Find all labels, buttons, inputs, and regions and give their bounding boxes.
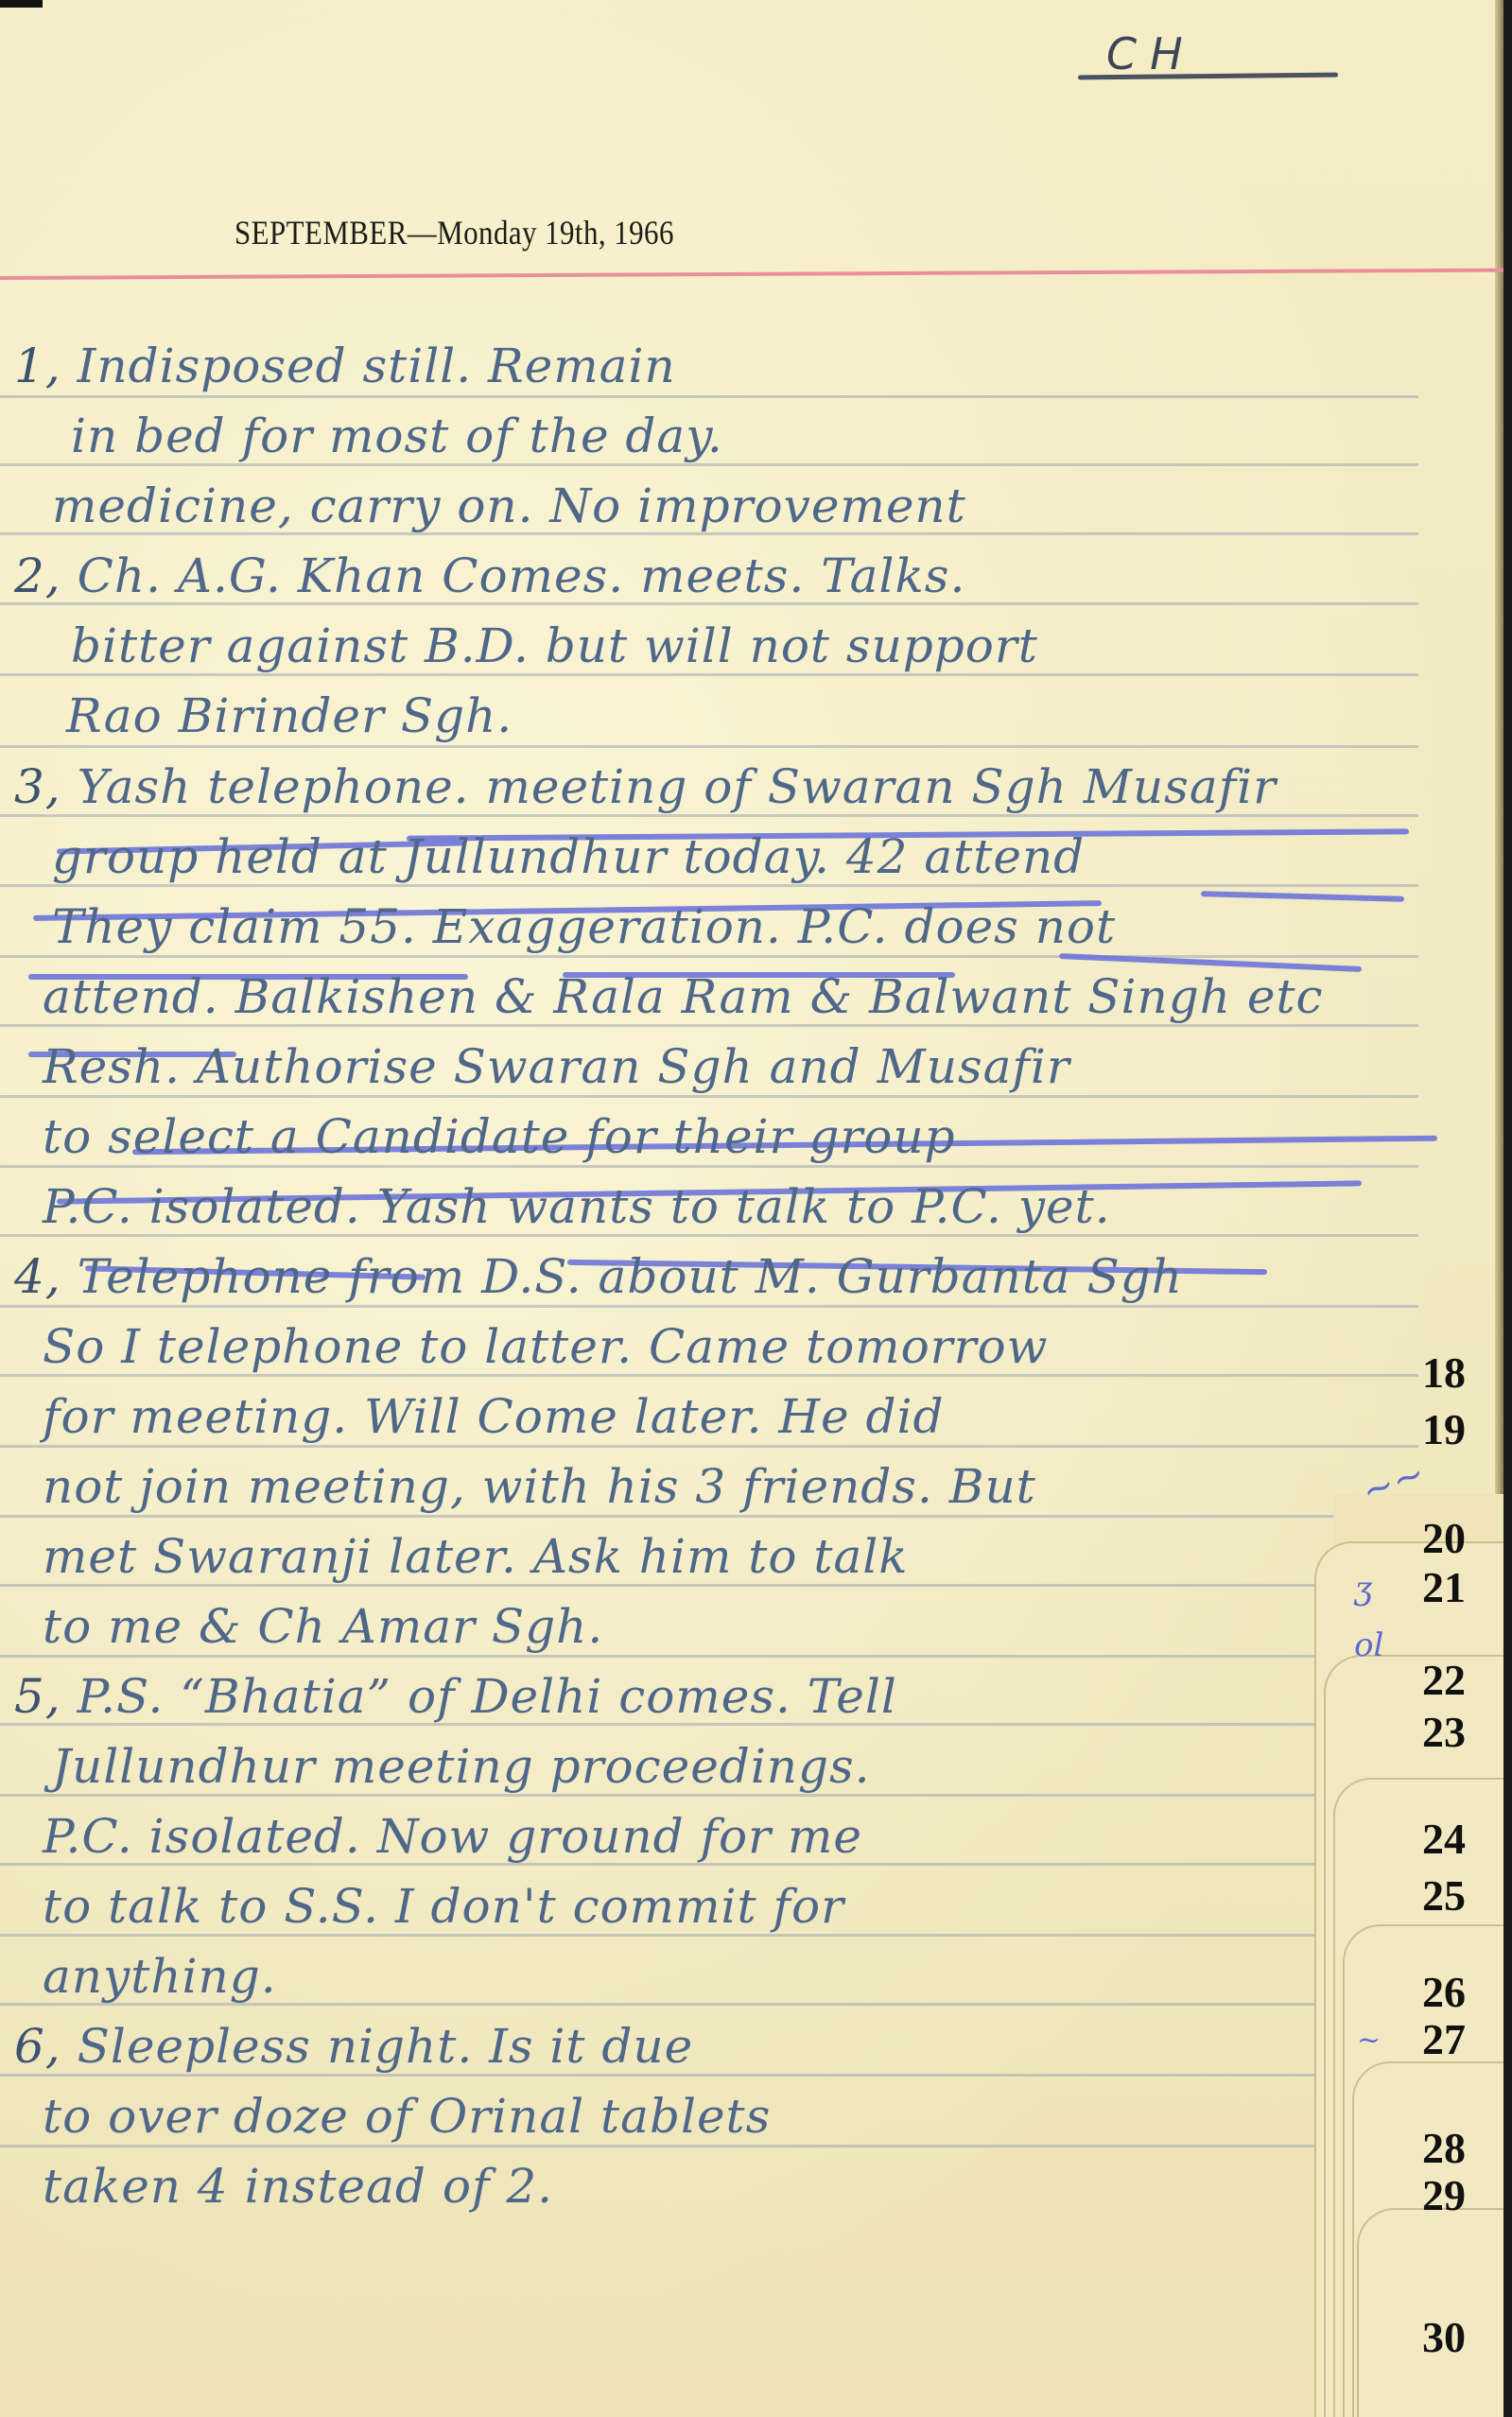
ruled-line xyxy=(0,395,1418,398)
entry-line: to talk to S.S. I don't commit for xyxy=(43,1879,844,1934)
date-index-26[interactable]: 26 xyxy=(1422,1967,1466,2017)
ruled-line xyxy=(0,884,1418,887)
date-index-29[interactable]: 29 xyxy=(1422,2170,1466,2220)
ruled-line xyxy=(0,1584,1418,1587)
entry-line: Jullundhur meeting proceedings. xyxy=(52,1739,871,1794)
date-index-28[interactable]: 28 xyxy=(1422,2123,1466,2173)
date-index-24[interactable]: 24 xyxy=(1422,1814,1466,1864)
entry-line: 3, Yash telephone. meeting of Swaran Sgh… xyxy=(14,759,1277,814)
ruled-line xyxy=(0,1095,1418,1098)
stray-ink-mark: ~ xyxy=(1357,2024,1381,2057)
entry-line: attend. Balkishen & Rala Ram & Balwant S… xyxy=(43,969,1324,1024)
date-index-27[interactable]: 27 xyxy=(1422,2014,1466,2064)
ruled-line xyxy=(0,1934,1418,1937)
date-index-19[interactable]: 19 xyxy=(1422,1404,1466,1454)
ruled-line xyxy=(0,673,1418,676)
ruled-line xyxy=(0,955,1418,958)
scan-edge xyxy=(0,0,43,8)
entry-line: 2, Ch. A.G. Khan Comes. meets. Talks. xyxy=(14,548,965,603)
entry-line: in bed for most of the day. xyxy=(71,409,723,463)
header-rule xyxy=(0,269,1503,280)
entry-line: P.C. isolated. Yash wants to talk to P.C… xyxy=(43,1179,1111,1234)
ruled-line xyxy=(0,1374,1418,1377)
entry-line: 5, P.S. “Bhatia” of Delhi comes. Tell xyxy=(14,1669,897,1724)
date-index-25[interactable]: 25 xyxy=(1422,1870,1466,1921)
highlight-underline xyxy=(1201,891,1404,902)
diary-page: CH SEPTEMBER—Monday 19th, 1966 18 19 20 … xyxy=(0,0,1503,2417)
entry-line: 1, Indisposed still. Remain xyxy=(14,339,676,393)
ruled-line xyxy=(0,745,1418,748)
ruled-line xyxy=(0,1234,1418,1237)
entry-line: So I telephone to latter. Came tomorrow xyxy=(43,1319,1048,1374)
entry-line: met Swaranji later. Ask him to talk xyxy=(43,1529,909,1584)
stray-ink-mark: ol xyxy=(1354,1626,1383,1664)
date-index-21[interactable]: 21 xyxy=(1422,1562,1466,1612)
entry-line: P.C. isolated. Now ground for me xyxy=(43,1809,862,1864)
page-date-header: SEPTEMBER—Monday 19th, 1966 xyxy=(235,213,674,252)
ruled-line xyxy=(0,1515,1418,1518)
entry-line: They claim 55. Exaggeration. P.C. does n… xyxy=(52,899,1116,954)
entry-line: to select a Candidate for their group xyxy=(43,1109,956,1164)
ruled-line xyxy=(0,814,1418,817)
ruled-line xyxy=(0,463,1418,466)
date-index-23[interactable]: 23 xyxy=(1422,1707,1466,1757)
entry-line: to me & Ch Amar Sgh. xyxy=(43,1599,603,1654)
date-index-22[interactable]: 22 xyxy=(1422,1655,1466,1705)
ruled-line xyxy=(0,1655,1418,1658)
entry-line: anything. xyxy=(43,1949,277,2004)
ruled-line xyxy=(0,2074,1418,2077)
date-index-30[interactable]: 30 xyxy=(1422,2312,1466,2362)
corner-mark: CH xyxy=(1106,28,1196,79)
ruled-line xyxy=(0,1794,1418,1797)
ruled-line xyxy=(0,1445,1418,1448)
ruled-line xyxy=(0,1165,1418,1168)
entry-line: medicine, carry on. No improvement xyxy=(52,478,966,533)
date-index-20[interactable]: 20 xyxy=(1422,1513,1466,1563)
stray-ink-mark: ʒ xyxy=(1354,1570,1372,1608)
entry-line: Rao Birinder Sgh. xyxy=(66,688,513,743)
entry-line: 6, Sleepless night. Is it due xyxy=(14,2019,693,2074)
entry-line: 4, Telephone from D.S. about M. Gurbanta… xyxy=(14,1249,1183,1304)
ruled-line xyxy=(0,2145,1418,2147)
ruled-line xyxy=(0,1024,1418,1027)
entry-line: to over doze of Orinal tablets xyxy=(43,2089,771,2144)
date-index-18[interactable]: 18 xyxy=(1422,1348,1466,1398)
entry-line: for meeting. Will Come later. He did xyxy=(43,1389,944,1444)
entry-line: taken 4 instead of 2. xyxy=(43,2159,553,2214)
entry-line: not join meeting, with his 3 friends. Bu… xyxy=(43,1459,1036,1514)
entry-line: Resh. Authorise Swaran Sgh and Musafir xyxy=(43,1039,1070,1094)
entry-line: group held at Jullundhur today. 42 atten… xyxy=(52,829,1085,884)
entry-line: bitter against B.D. but will not support xyxy=(71,618,1038,673)
ruled-line xyxy=(0,1305,1418,1308)
